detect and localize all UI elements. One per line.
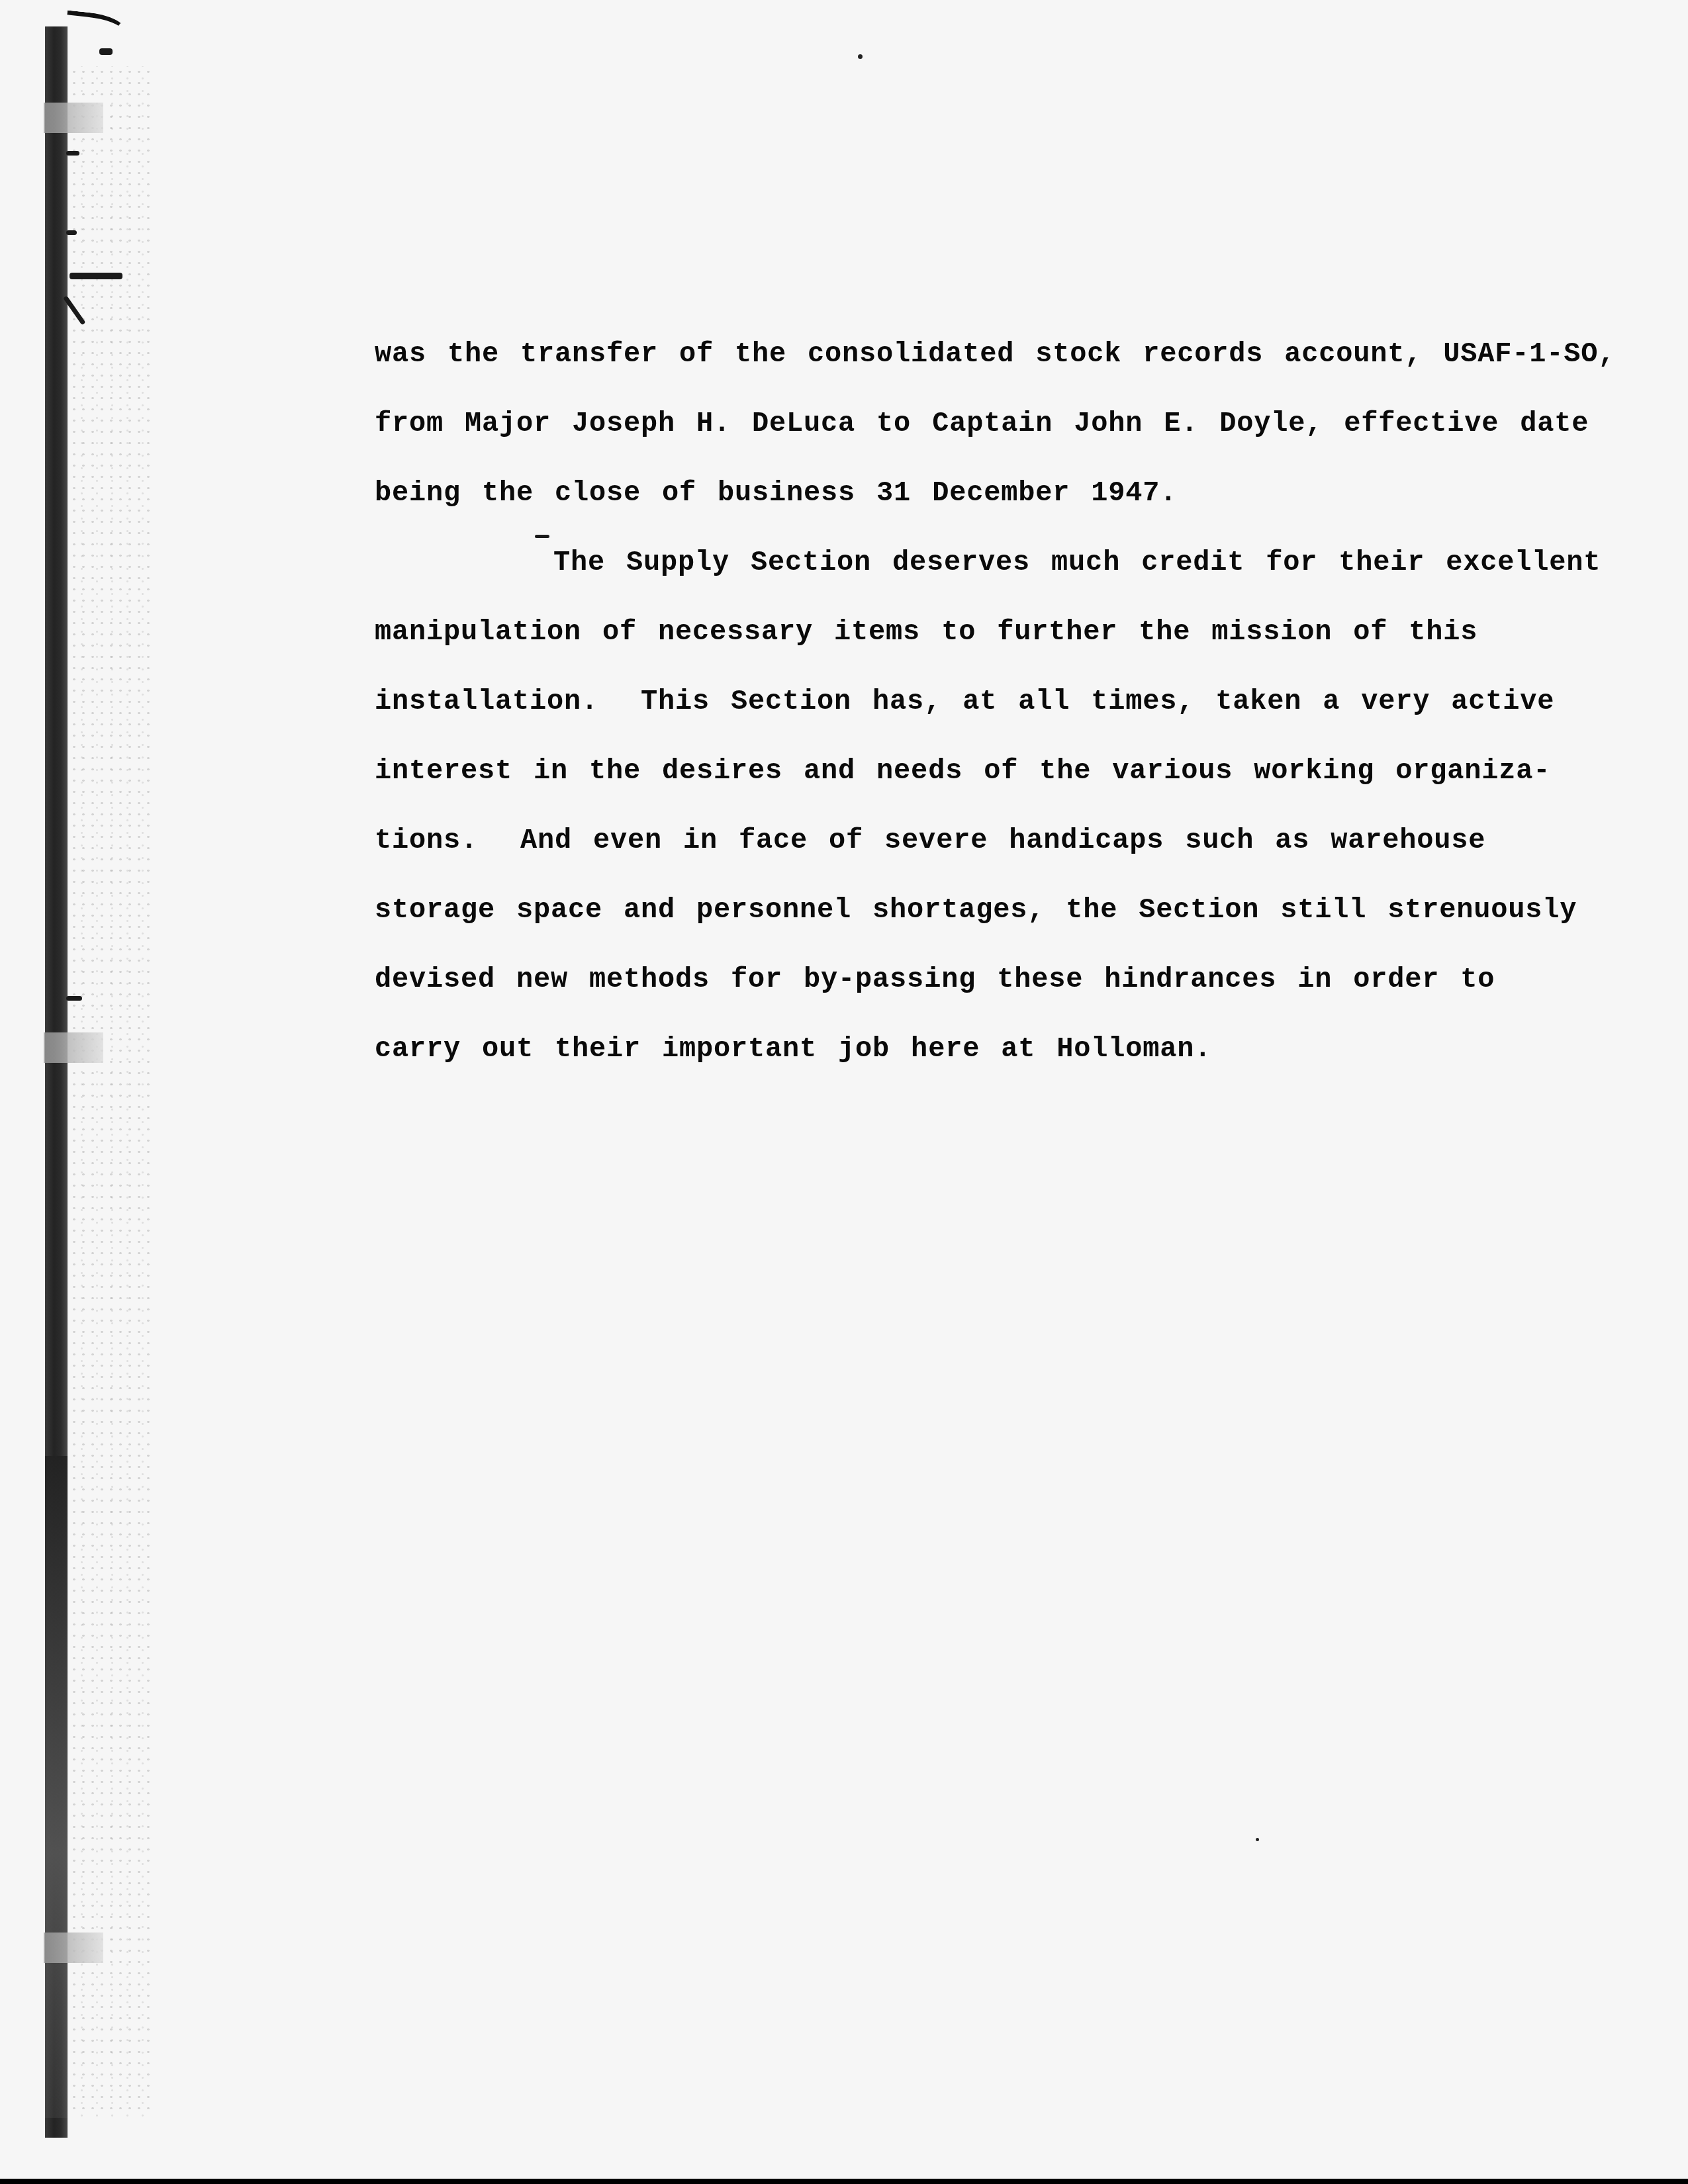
text-line: devised new methods for by-passing these… <box>375 960 1632 1029</box>
document-page: was the transfer of the consolidated sto… <box>0 0 1688 2184</box>
paragraph-transfer: was the transfer of the consolidated sto… <box>375 334 1632 543</box>
scan-blur-artifact <box>44 1032 103 1063</box>
binding-spur-artifact <box>66 230 77 235</box>
binding-hook-artifact <box>66 10 127 36</box>
scan-bottom-edge <box>0 2179 1688 2184</box>
paragraph-supply-section: The Supply Section deserves much credit … <box>375 543 1632 1099</box>
scan-blur-artifact <box>44 1933 103 1963</box>
text-line: The Supply Section deserves much credit … <box>375 543 1632 612</box>
document-body: was the transfer of the consolidated sto… <box>375 334 1632 1099</box>
scan-dot-artifact <box>1256 1838 1259 1841</box>
binding-edge-fade-artifact <box>45 1456 68 2118</box>
text-line: was the transfer of the consolidated sto… <box>375 334 1632 404</box>
text-line: storage space and personnel shortages, t… <box>375 890 1632 960</box>
scan-dot-artifact <box>858 54 863 59</box>
binding-spur-artifact <box>99 48 113 55</box>
text-line: installation. This Section has, at all t… <box>375 682 1632 751</box>
text-line: carry out their important job here at Ho… <box>375 1029 1632 1099</box>
binding-spur-artifact <box>70 273 122 279</box>
text-line: interest in the desires and needs of the… <box>375 751 1632 821</box>
text-line: being the close of business 31 December … <box>375 473 1632 543</box>
scan-speckle-artifact <box>70 66 156 2118</box>
binding-spur-artifact <box>66 151 79 156</box>
scan-blur-artifact <box>44 103 103 133</box>
text-line: from Major Joseph H. DeLuca to Captain J… <box>375 404 1632 473</box>
text-line: manipulation of necessary items to furth… <box>375 612 1632 682</box>
binding-spur-artifact <box>66 996 82 1001</box>
text-line: tions. And even in face of severe handic… <box>375 821 1632 890</box>
